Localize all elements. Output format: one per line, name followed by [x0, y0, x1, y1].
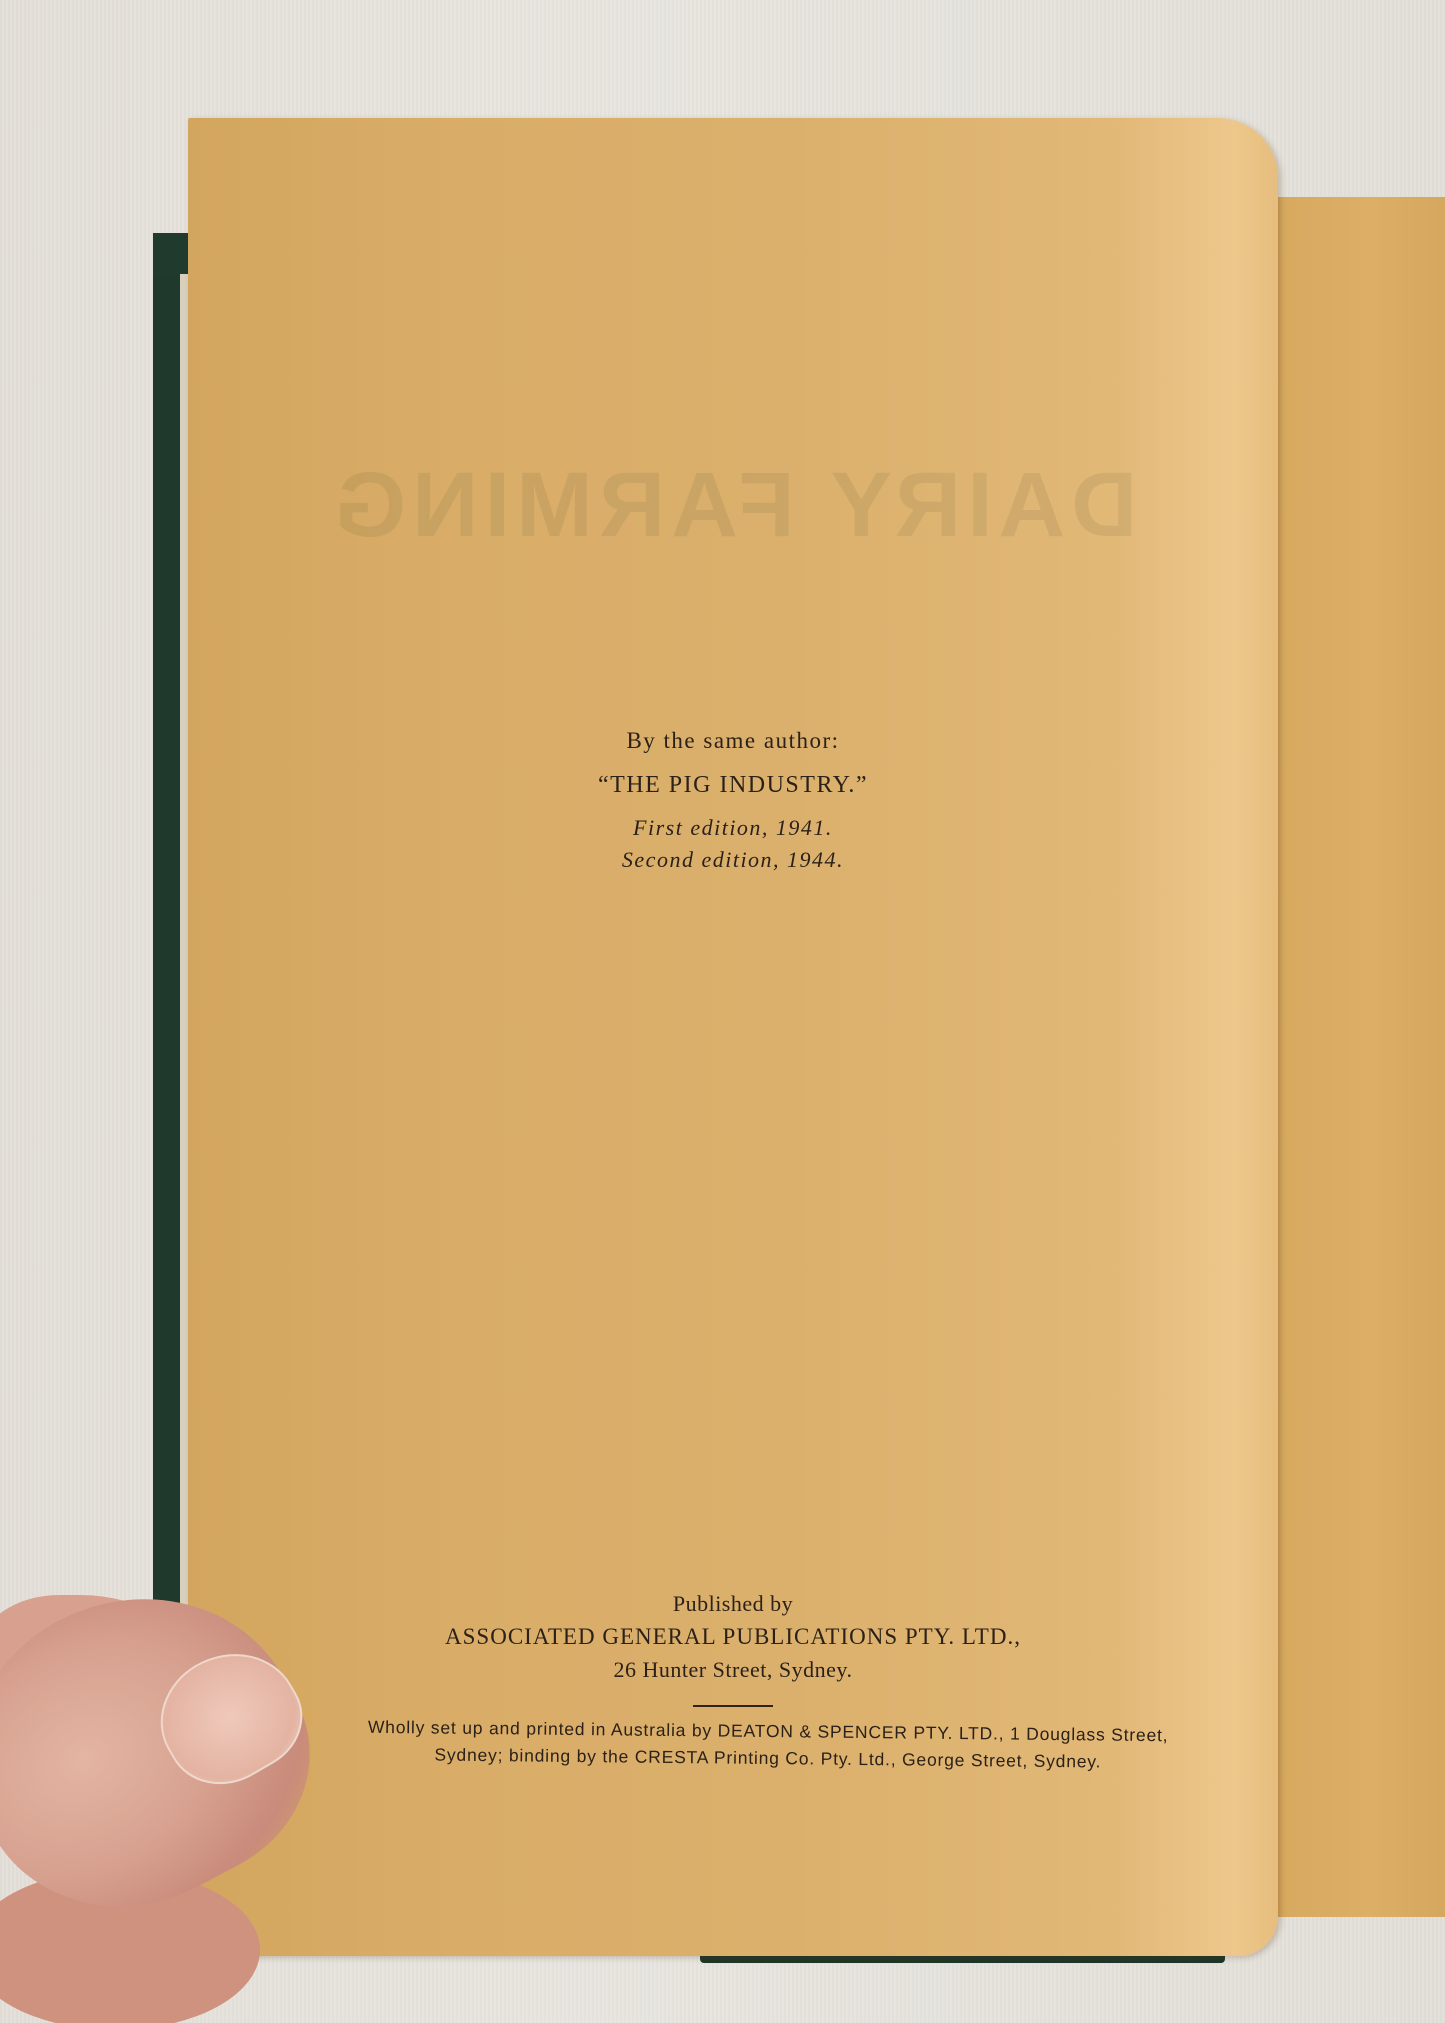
second-edition-line: Second edition, 1944.	[188, 844, 1278, 876]
right-page-edge	[1255, 197, 1445, 1917]
showthrough-title: DAIRY FARMING	[188, 453, 1278, 558]
published-by-label: Published by	[188, 1588, 1278, 1620]
publisher-name: ASSOCIATED GENERAL PUBLICATIONS PTY. LTD…	[188, 1620, 1278, 1653]
by-same-author-block: By the same author: “THE PIG INDUSTRY.” …	[188, 724, 1278, 876]
by-same-author-label: By the same author:	[188, 724, 1278, 758]
publisher-block: Published by ASSOCIATED GENERAL PUBLICAT…	[188, 1588, 1278, 1707]
other-book-title: “THE PIG INDUSTRY.”	[188, 768, 1278, 802]
first-edition-line: First edition, 1941.	[188, 812, 1278, 844]
verso-page: DAIRY FARMING By the same author: “THE P…	[188, 118, 1278, 1956]
divider-rule	[693, 1705, 773, 1707]
printer-imprint: Wholly set up and printed in Australia b…	[358, 1714, 1179, 1777]
publisher-address: 26 Hunter Street, Sydney.	[188, 1653, 1278, 1687]
